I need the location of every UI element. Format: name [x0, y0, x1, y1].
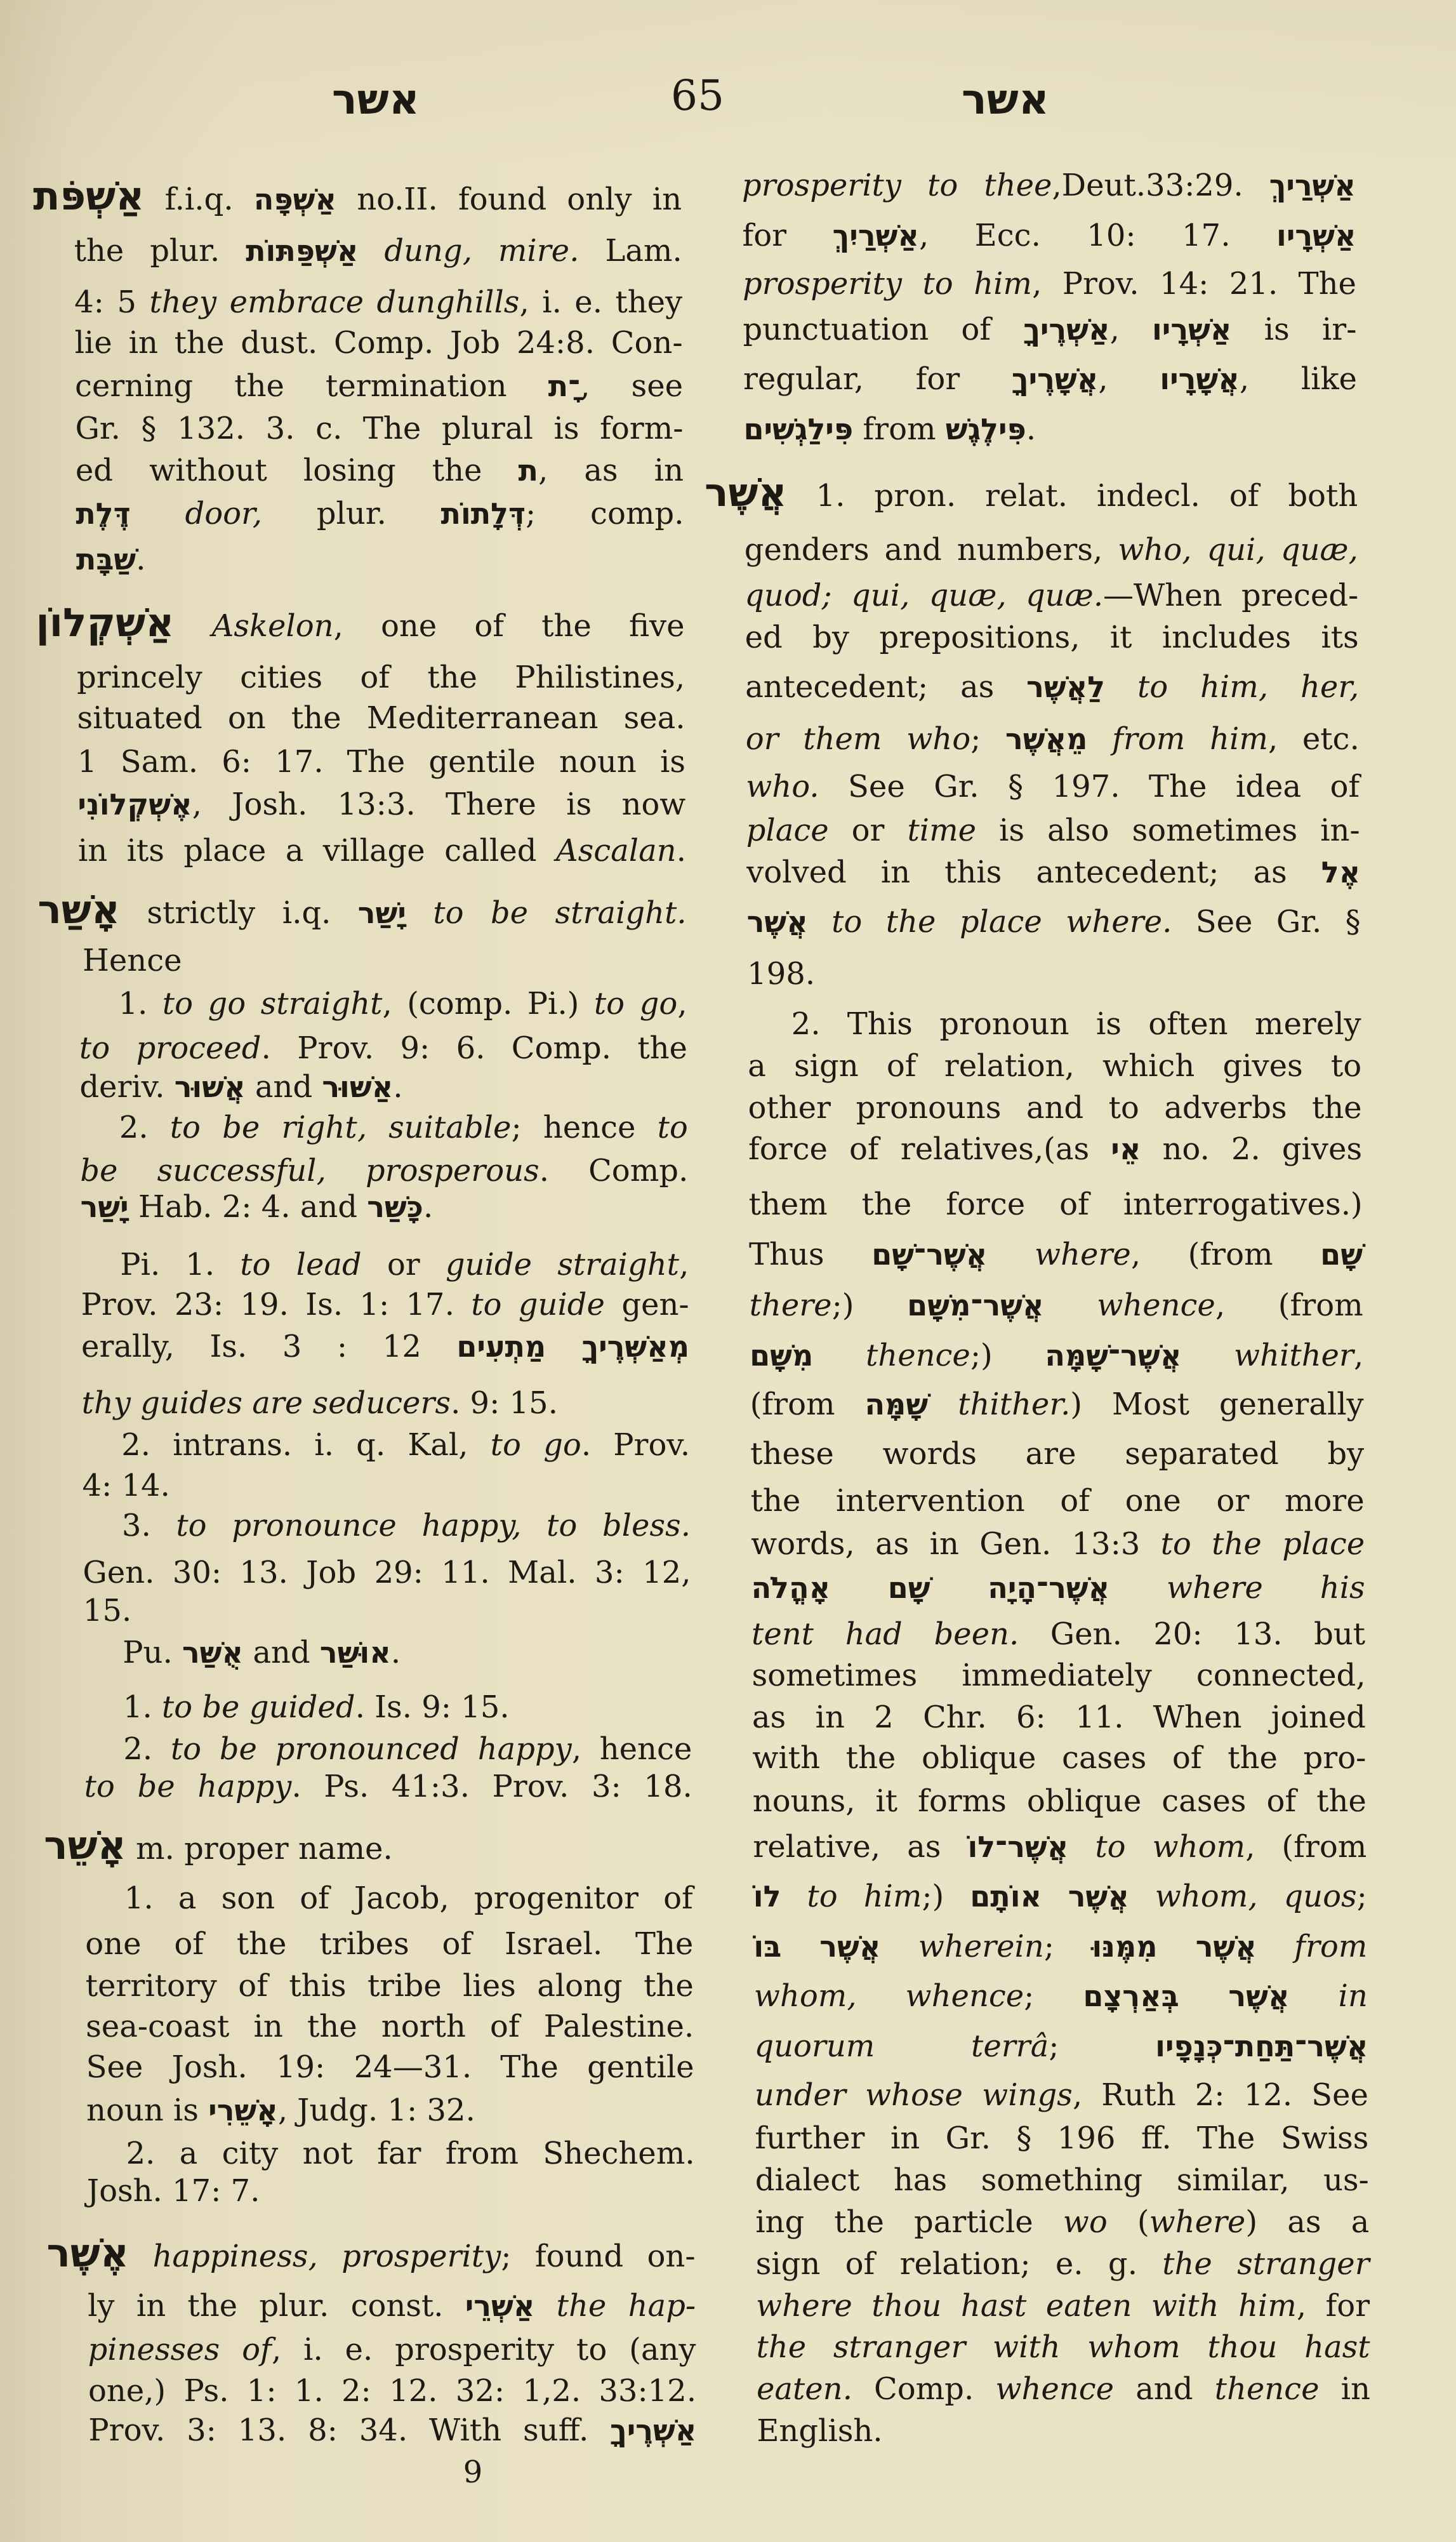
hebrew-word: אֲשֶׁר מִמֶּנּוּ — [1092, 1929, 1257, 1964]
text-roman: or — [828, 813, 907, 848]
text-italic: prosperity to thee — [742, 168, 1052, 203]
text-italic: where his — [1109, 1570, 1365, 1606]
text-italic: from — [1257, 1929, 1368, 1964]
text-line: volved in this antecedent; as אֶל — [746, 853, 1360, 891]
text-line: אֲשֶׁר בּוֹ wherein; אֲשֶׁר מִמֶּנּוּ fr… — [753, 1927, 1367, 1966]
text-roman: See Gr. § — [1172, 904, 1361, 940]
text-line: the intervention of one or more — [750, 1482, 1364, 1520]
text-roman: Comp. — [852, 2371, 996, 2407]
text-italic: time — [907, 813, 976, 848]
text-roman: is also sometimes in- — [976, 813, 1360, 848]
text-roman: antecedent; as — [745, 669, 1026, 705]
text-roman: ,Deut.33:29. — [1052, 168, 1269, 203]
text-line: tent had been. Gen. 20: 13. but — [751, 1615, 1365, 1653]
text-line: as in 2 Chr. 6: 11. When joined — [752, 1698, 1366, 1736]
text-roman: ed by prepositions, it includes its — [745, 620, 1358, 655]
text-roman: from — [853, 411, 946, 447]
text-roman: ; — [970, 721, 1005, 757]
text-roman: , (from — [1215, 1288, 1363, 1323]
text-line: antecedent; as לַאֲשֶׁר to him, her, — [745, 668, 1359, 706]
text-line: who. See Gr. § 197. The idea of — [746, 768, 1360, 806]
text-line: for אַשְׁרַיִךְ, Ecc. 10: 17. אַשְׁרָיו — [742, 216, 1356, 255]
text-italic: whom, whence — [754, 1978, 1024, 2014]
text-roman: punctuation of — [743, 312, 1023, 347]
text-italic: under whose wings — [755, 2077, 1073, 2113]
hebrew-word: אֲשֶׁר־שָׁמָּה — [1045, 1338, 1181, 1373]
text-line: פִּילַגְשִׁים from פִּילֶגֶשׁ. — [743, 410, 1357, 448]
hebrew-word: אֲשֶׁר־הָיָה שָׁם אָהֳלֹה — [751, 1571, 1109, 1605]
text-roman: words, as in Gen. 13:3 — [751, 1526, 1161, 1562]
text-roman: genders and numbers, — [745, 532, 1118, 568]
hebrew-word: אֵי — [1111, 1132, 1141, 1166]
text-line: Thus אֲשֶׁר־שָׁם where, (from שָׁם — [749, 1235, 1363, 1274]
headword: אֲשֶׁר — [705, 469, 787, 516]
hebrew-word: אֲשֶׁר־לוֹ — [967, 1830, 1068, 1864]
text-line: מִשָּׁם thence;) אֲשֶׁר־שָׁמָּה whither, — [750, 1336, 1363, 1374]
text-roman: for — [742, 218, 833, 253]
text-roman: as in 2 Chr. 6: 11. When joined — [752, 1700, 1366, 1735]
text-roman: a sign of relation, which gives to — [748, 1048, 1361, 1084]
text-roman: See Gr. § 197. The idea of — [819, 769, 1360, 804]
text-italic: whom, quos — [1129, 1879, 1357, 1914]
text-roman: , etc. — [1268, 721, 1360, 757]
text-line: quorum terrâ; אֲשֶׁר־תַּחַת־כְּנָפָיו — [754, 2027, 1368, 2065]
text-line: English. — [757, 2412, 1370, 2450]
text-roman: volved in this antecedent; as — [746, 855, 1321, 890]
text-line: eaten. Comp. whence and thence in — [757, 2370, 1370, 2408]
text-roman: is ir- — [1231, 312, 1356, 347]
text-roman: 198. — [747, 956, 815, 992]
hebrew-word: אֲשָׁרָיו — [1160, 362, 1240, 396]
hebrew-word: לַאֲשֶׁר — [1026, 670, 1105, 704]
text-line: regular, for אֲשָׁרֶיךָ, אֲשָׁרָיו, like — [743, 360, 1357, 398]
hebrew-word: אֲשֶׁר־תַּחַת־כְּנָפָיו — [1155, 2029, 1368, 2063]
text-italic: thither. — [928, 1387, 1070, 1422]
hebrew-word: אֲשֶׁר — [746, 905, 807, 939]
text-line: nouns, it forms oblique cases of the — [753, 1782, 1367, 1820]
text-roman: Gen. 20: 13. but — [1019, 1616, 1365, 1652]
text-roman: nouns, it forms oblique cases of the — [753, 1783, 1367, 1819]
text-roman: with the oblique cases of the pro- — [752, 1740, 1366, 1776]
text-italic: to the place where. — [808, 904, 1172, 940]
text-italic: whence — [995, 2371, 1114, 2407]
text-line: a sign of relation, which gives to — [748, 1047, 1361, 1085]
text-italic: prosperity to him — [743, 266, 1032, 302]
text-roman: 2. This pronoun is often merely — [791, 1006, 1361, 1042]
text-italic: wo — [1063, 2204, 1108, 2240]
hebrew-word: אֲשָׁרֶיךָ — [1012, 362, 1099, 396]
text-roman: , (from — [1245, 1829, 1367, 1865]
text-line: punctuation of אַשְׁרֶיךָ, אַשְׁרָיו is … — [743, 310, 1356, 349]
text-line: genders and numbers, who, qui, quæ, — [745, 531, 1358, 569]
hebrew-word: אֲשֶׁר בּוֹ — [753, 1929, 880, 1964]
text-roman: ; — [1024, 1978, 1083, 2014]
text-line: these words are separated by — [750, 1435, 1364, 1473]
text-line: אֲשֶׁר to the place where. See Gr. § — [746, 903, 1360, 941]
text-line: 2. This pronoun is often merely — [791, 1005, 1361, 1043]
text-italic: the stranger — [1162, 2246, 1370, 2282]
text-roman: , Prov. 14: 21. The — [1032, 266, 1356, 302]
text-roman: further in Gr. § 196 ff. The Swiss — [755, 2120, 1368, 2156]
text-roman: ; — [1044, 1929, 1092, 1964]
text-italic: whither — [1181, 1338, 1354, 1373]
hebrew-word: שָׁמָּה — [864, 1387, 928, 1421]
text-roman: ( — [1108, 2204, 1149, 2240]
text-line: sign of relation; e. g. the stranger — [755, 2245, 1369, 2283]
text-roman: ; — [1049, 2028, 1155, 2064]
hebrew-word: אֲשֶׁר בְּאַרְצָם — [1083, 1979, 1290, 2013]
hebrew-word: מִשָּׁם — [750, 1338, 814, 1373]
text-italic: where — [1149, 2204, 1245, 2240]
text-italic: the stranger with whom thou hast — [756, 2329, 1370, 2365]
text-line: relative, as אֲשֶׁר־לוֹ to whom, (from — [753, 1828, 1367, 1866]
text-roman: —When preced- — [1103, 578, 1359, 613]
text-roman: other pronouns and to adverbs the — [748, 1090, 1361, 1126]
hebrew-word: פִּילַגְשִׁים — [743, 412, 853, 446]
text-line: prosperity to thee,Deut.33:29. אַשְׁרַיך… — [742, 166, 1356, 204]
text-line: them the force of interrogatives.) — [748, 1185, 1362, 1223]
hebrew-word: אַשְׁרָיו — [1152, 312, 1232, 347]
hebrew-word: אֲשֶׁר־מִשָּׁם — [907, 1288, 1044, 1322]
text-line: where thou hast eaten with him, for — [756, 2287, 1370, 2325]
text-italic: there — [749, 1288, 831, 1323]
text-roman: the intervention of one or more — [750, 1483, 1364, 1519]
page-sheet: אשר 65 אשר אַשְׁפֹּת f.i.q. אַשְׁפָּה no… — [0, 0, 1456, 2542]
text-roman: relative, as — [753, 1829, 968, 1865]
text-roman: 1. pron. relat. indecl. of both — [786, 478, 1358, 514]
text-roman: ) Most generally — [1070, 1387, 1364, 1422]
hebrew-word: אַשְׁרַיִךְ — [832, 218, 919, 253]
text-line: further in Gr. § 196 ff. The Swiss — [755, 2119, 1368, 2157]
text-line: force of relatives,(as אֵי no. 2. gives — [748, 1130, 1362, 1168]
text-roman: ) as a — [1245, 2204, 1369, 2240]
text-line: quod; qui, quæ, quæ.—When preced- — [745, 576, 1358, 615]
text-line: or them who; מֵאֲשֶׁר from him, etc. — [746, 720, 1360, 758]
text-italic: wherein — [880, 1929, 1044, 1964]
hebrew-word: שָׁם — [1320, 1237, 1363, 1272]
text-line: dialect has something similar, us- — [755, 2161, 1369, 2199]
text-line: words, as in Gen. 13:3 to the place — [751, 1525, 1365, 1563]
text-roman: in — [1319, 2371, 1370, 2407]
text-italic: quorum terrâ — [754, 2028, 1049, 2064]
text-line: whom, whence; אֲשֶׁר בְּאַרְצָם in — [754, 1977, 1368, 2015]
hebrew-word: לוֹ — [753, 1879, 781, 1913]
text-line: ed by prepositions, it includes its — [745, 618, 1358, 656]
text-italic: to him — [781, 1879, 922, 1914]
text-italic: from him — [1087, 721, 1268, 757]
text-roman: no. 2. gives — [1141, 1131, 1362, 1167]
text-roman: and — [1114, 2371, 1215, 2407]
text-italic: to him, her, — [1105, 669, 1359, 705]
text-roman: , — [1109, 312, 1152, 347]
text-italic: eaten. — [757, 2371, 852, 2407]
text-roman: , like — [1240, 361, 1358, 397]
text-line: 198. — [747, 955, 1361, 993]
text-roman: sometimes immediately connected, — [751, 1658, 1365, 1693]
hebrew-word: אֶל — [1321, 855, 1361, 889]
text-roman: , Ecc. 10: 17. — [919, 218, 1277, 253]
text-roman: these words are separated by — [750, 1436, 1364, 1472]
hebrew-word: אַשְׁרֶיךָ — [1023, 312, 1110, 347]
text-roman: . — [1026, 411, 1036, 447]
text-italic: to whom — [1068, 1829, 1245, 1865]
text-line: לוֹ to him;) אֲשֶׁר אוֹתָם whom, quos; — [753, 1877, 1367, 1915]
hebrew-word: אֲשֶׁר־שָׁם — [871, 1237, 987, 1272]
text-italic: thence — [813, 1338, 970, 1373]
text-roman: , for — [1297, 2288, 1370, 2324]
text-italic: who. — [746, 769, 819, 804]
text-line: (from שָׁמָּה thither.) Most generally — [750, 1385, 1363, 1423]
text-roman: ;) — [922, 1879, 970, 1914]
text-roman: English. — [757, 2413, 883, 2449]
text-italic: place — [746, 813, 828, 848]
text-roman: ; — [1356, 1879, 1367, 1914]
text-line: the stranger with whom thou hast — [756, 2328, 1370, 2366]
text-italic: or them who — [746, 721, 971, 757]
hebrew-word: אַשְׁרָיו — [1276, 218, 1356, 253]
text-line: there;) אֲשֶׁר־מִשָּׁם whence, (from — [749, 1286, 1363, 1324]
text-line: ing the particle wo (where) as a — [755, 2203, 1369, 2241]
text-roman: ;) — [831, 1288, 907, 1323]
text-italic: where — [987, 1237, 1131, 1272]
text-roman: them the force of interrogatives.) — [748, 1187, 1362, 1222]
text-roman: , — [1354, 1338, 1364, 1373]
text-italic: whence — [1043, 1288, 1215, 1323]
text-italic: where thou hast eaten with him — [756, 2288, 1297, 2324]
hebrew-word: פִּילֶגֶשׁ — [946, 412, 1026, 446]
text-italic: tent had been. — [751, 1616, 1019, 1652]
right-column: prosperity to thee,Deut.33:29. אַשְׁרַיך… — [0, 0, 1456, 2542]
text-roman: , (from — [1131, 1237, 1321, 1272]
text-line: other pronouns and to adverbs the — [748, 1089, 1361, 1127]
dictionary-page: אשר 65 אשר אַשְׁפֹּת f.i.q. אַשְׁפָּה no… — [0, 0, 1456, 2542]
text-roman: ;) — [970, 1338, 1045, 1373]
hebrew-word: מֵאֲשֶׁר — [1005, 722, 1088, 756]
hebrew-word: אַשְׁרַיךְ — [1269, 168, 1356, 203]
text-italic: thence — [1214, 2371, 1319, 2407]
text-line: prosperity to him, Prov. 14: 21. The — [743, 265, 1356, 303]
text-line: sometimes immediately connected, — [751, 1656, 1365, 1694]
text-roman: dialect has something similar, us- — [755, 2162, 1369, 2198]
text-line: with the oblique cases of the pro- — [752, 1739, 1366, 1777]
text-line: under whose wings, Ruth 2: 12. See — [755, 2076, 1368, 2114]
text-roman: force of relatives,(as — [748, 1131, 1111, 1167]
text-roman: Thus — [749, 1237, 872, 1272]
text-roman: regular, for — [743, 361, 1012, 397]
text-roman: sign of relation; e. g. — [755, 2246, 1162, 2282]
text-line: אֲשֶׁר 1. pron. relat. indecl. of both — [705, 477, 1358, 515]
text-line: אֲשֶׁר־הָיָה שָׁם אָהֳלֹה where his — [751, 1569, 1365, 1607]
text-roman: , — [1098, 361, 1160, 397]
text-italic: to the place — [1160, 1526, 1365, 1562]
text-line: place or time is also sometimes in- — [746, 811, 1360, 849]
text-italic: in — [1289, 1978, 1368, 2014]
text-roman: ing the particle — [755, 2204, 1063, 2240]
text-italic: quod; qui, quæ, quæ. — [745, 578, 1103, 613]
hebrew-word: אֲשֶׁר אוֹתָם — [970, 1879, 1129, 1913]
text-italic: who, qui, quæ, — [1118, 532, 1358, 568]
text-roman: (from — [750, 1387, 864, 1422]
text-roman: , Ruth 2: 12. See — [1073, 2077, 1368, 2113]
